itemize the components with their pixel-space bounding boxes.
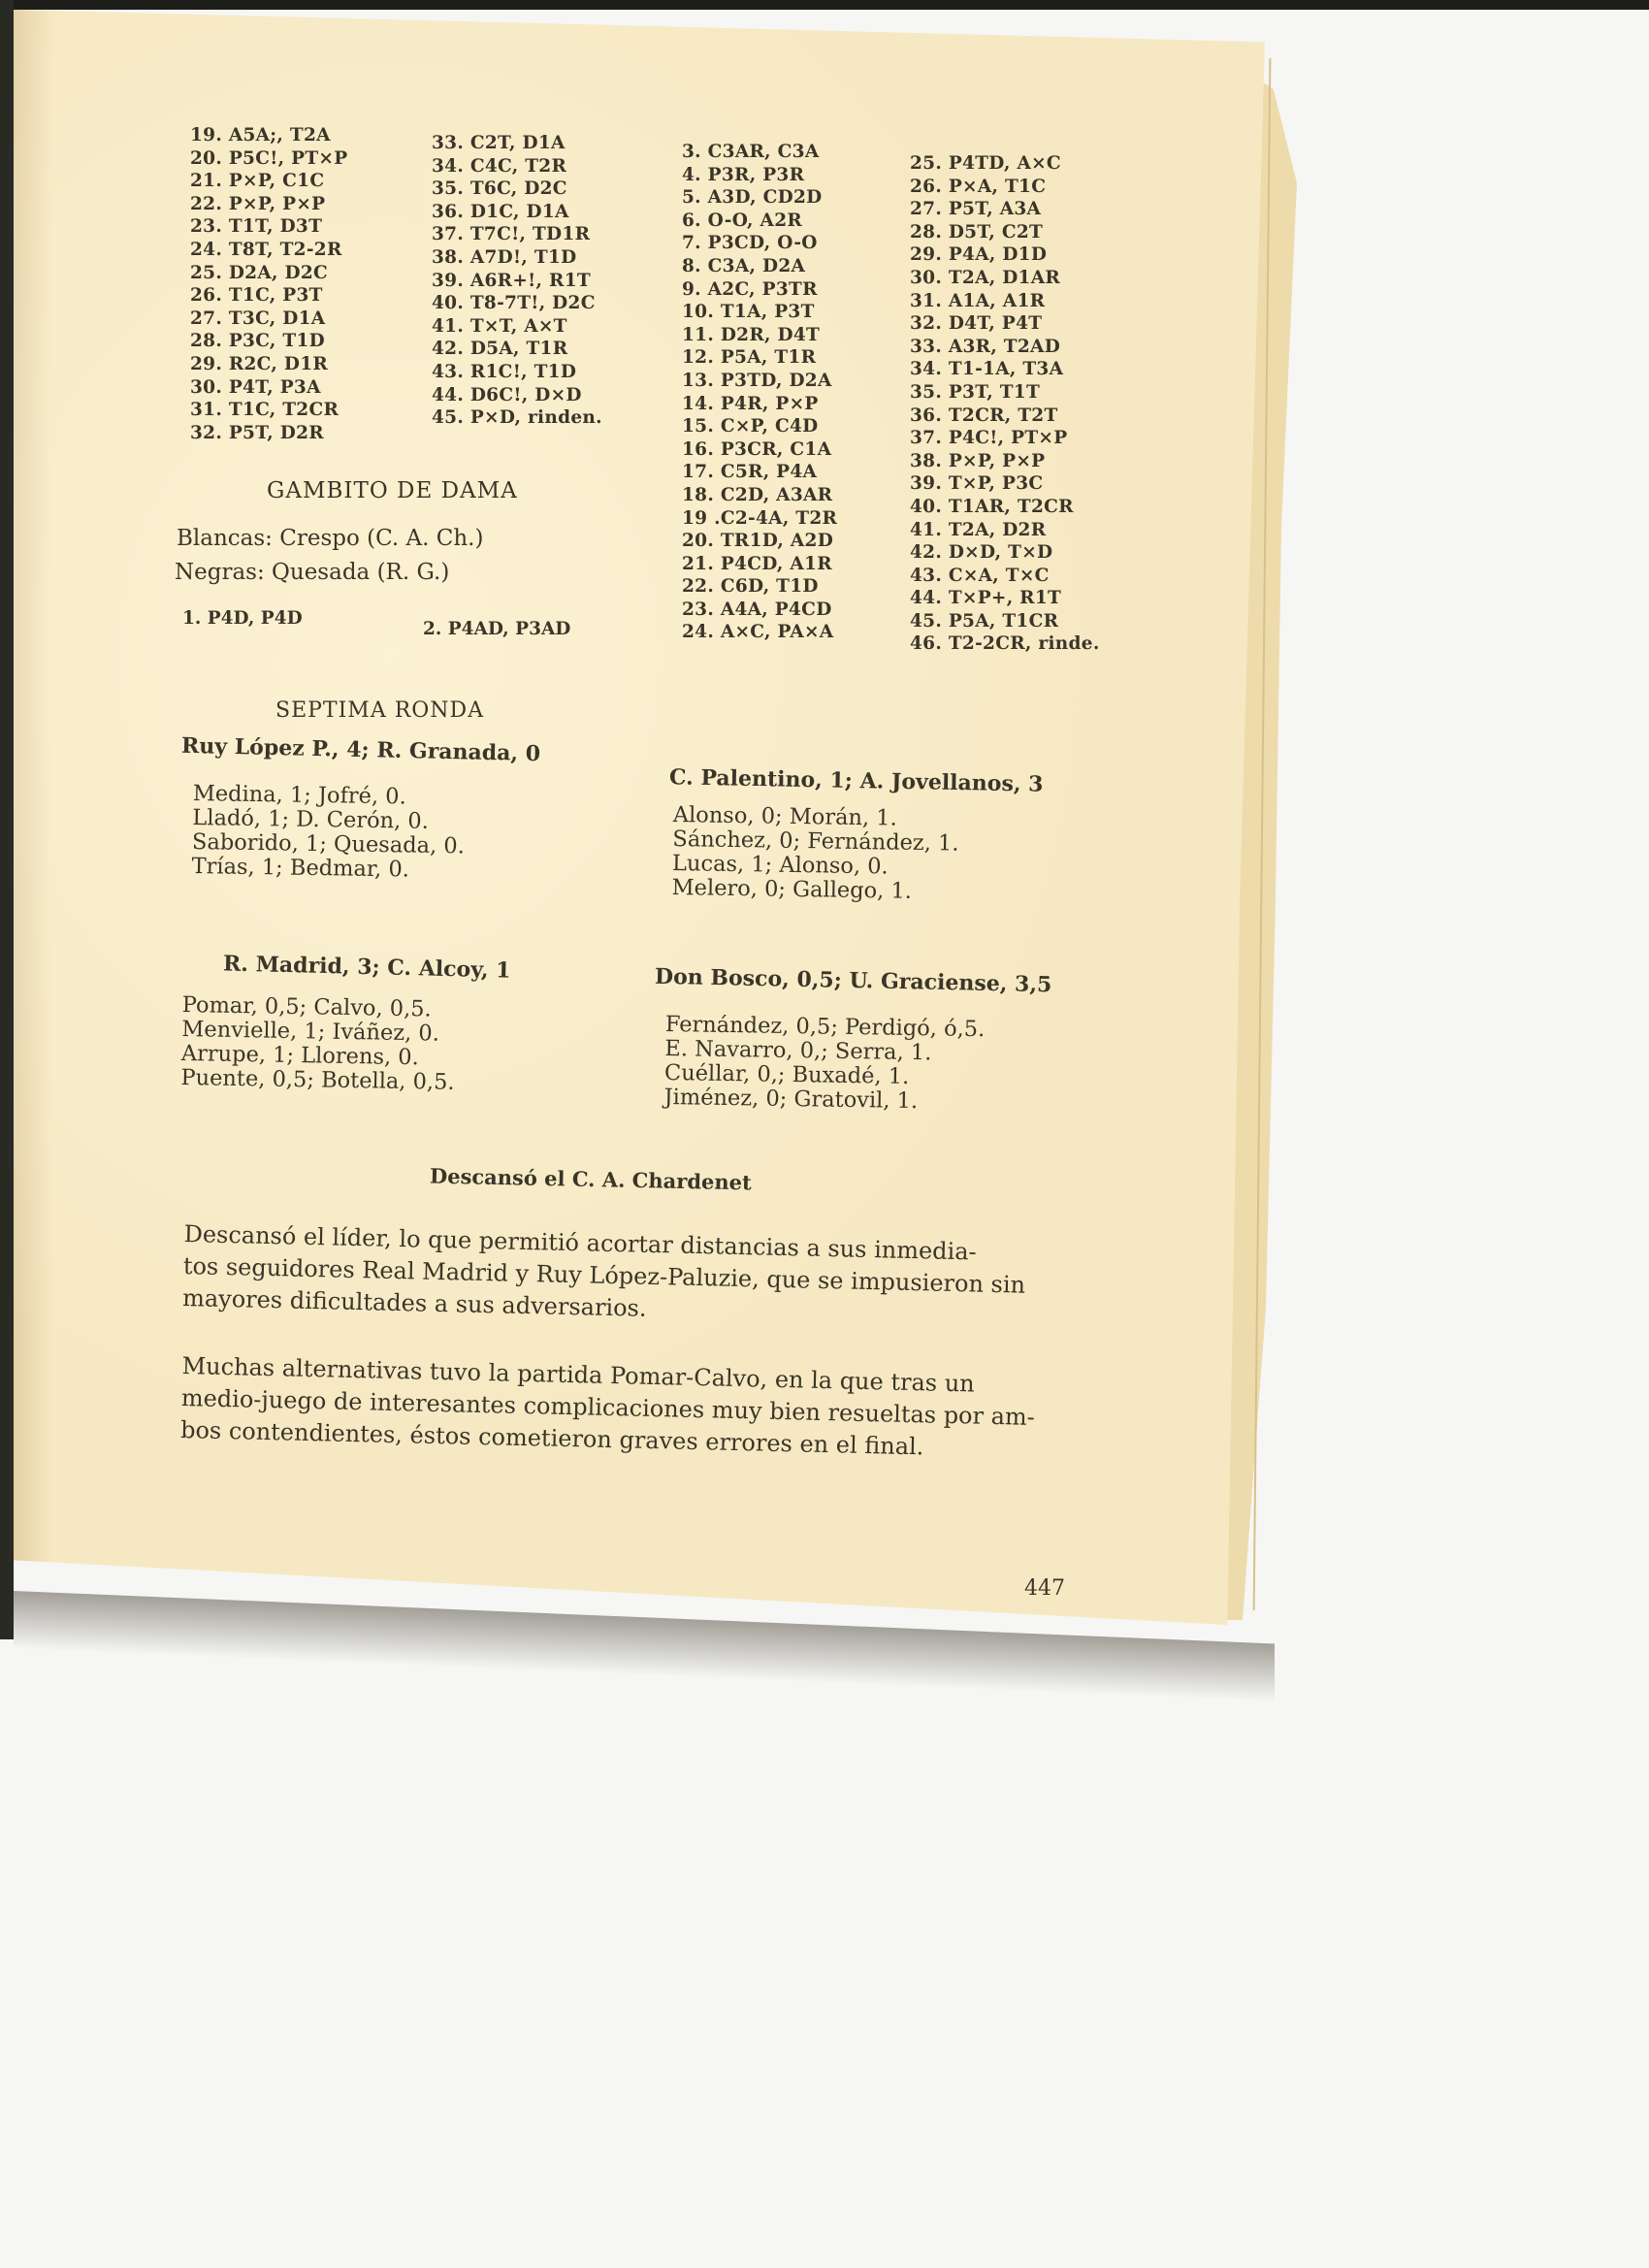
move-1: 1. P4D, P4D bbox=[182, 608, 303, 629]
move-line: 31. A1A, A1R bbox=[910, 290, 1100, 313]
move-line: 23. A4A, P4CD bbox=[682, 599, 837, 622]
move-line: 25. P4TD, A×C bbox=[910, 152, 1100, 176]
move-line: 39. A6R+!, R1T bbox=[432, 270, 602, 293]
bleed-through-text bbox=[1106, 206, 1112, 229]
move-line: 22. C6D, T1D bbox=[682, 575, 837, 599]
board-result: Puente, 0,5; Botella, 0,5. bbox=[180, 1066, 455, 1095]
move-line: 5. A3D, CD2D bbox=[682, 186, 837, 210]
move-line: 24. A×C, PA×A bbox=[682, 621, 837, 644]
move-line: 27. P5T, A3A bbox=[910, 198, 1100, 221]
move-line: 42. D5A, T1R bbox=[432, 338, 602, 361]
move-line: 21. P×P, C1C bbox=[190, 170, 347, 193]
move-line: 36. D1C, D1A bbox=[432, 201, 602, 224]
move-line: 24. T8T, T2-2R bbox=[190, 239, 347, 262]
move-line: 43. C×A, T×C bbox=[910, 565, 1100, 588]
move-line: 3. C3AR, C3A bbox=[682, 141, 837, 164]
move-line: 28. P3C, T1D bbox=[190, 330, 347, 353]
move-line: 23. T1T, D3T bbox=[190, 215, 347, 239]
board-result: Jiménez, 0; Gratovil, 1. bbox=[663, 1085, 984, 1115]
commentary-paragraph-2: Muchas alternativas tuvo la partida Poma… bbox=[180, 1350, 1036, 1466]
move-line: 31. T1C, T2CR bbox=[190, 399, 347, 422]
move-line: 28. D5T, C2T bbox=[910, 221, 1100, 244]
move-line: 43. R1C!, T1D bbox=[432, 361, 602, 384]
move-line: 35. P3T, T1T bbox=[910, 381, 1100, 405]
move-line: 40. T8-7T!, D2C bbox=[432, 292, 602, 315]
move-line: 26. P×A, T1C bbox=[910, 176, 1100, 199]
match-results: Fernández, 0,5; Perdigó, ó,5.E. Navarro,… bbox=[663, 1013, 985, 1115]
move-line: 34. C4C, T2R bbox=[432, 155, 602, 178]
move-line: 32. D4T, P4T bbox=[910, 312, 1100, 336]
move-line: 7. P3CD, O-O bbox=[682, 232, 837, 255]
move-line: 27. T3C, D1A bbox=[190, 308, 347, 331]
move-line: 41. T2A, D2R bbox=[910, 519, 1100, 542]
white-player: Blancas: Crespo (C. A. Ch.) bbox=[177, 526, 483, 551]
move-line: 8. C3A, D2A bbox=[682, 255, 837, 278]
move-line: 38. A7D!, T1D bbox=[432, 246, 602, 270]
move-line: 25. D2A, D2C bbox=[190, 262, 347, 285]
move-line: 20. P5C!, PT×P bbox=[190, 147, 347, 171]
black-player: Negras: Quesada (R. G.) bbox=[175, 560, 449, 585]
move-line: 9. A2C, P3TR bbox=[682, 278, 837, 302]
move-line: 26. T1C, P3T bbox=[190, 284, 347, 308]
move-line: 38. P×P, P×P bbox=[910, 450, 1100, 473]
move-line: 12. P5A, T1R bbox=[682, 346, 837, 370]
move-line: 19. A5A;, T2A bbox=[190, 124, 347, 147]
scanner-edge-top bbox=[0, 0, 1649, 10]
move-line: 36. T2CR, T2T bbox=[910, 405, 1100, 428]
move-line: 35. T6C, D2C bbox=[432, 178, 602, 201]
move-line: 16. P3CR, C1A bbox=[682, 438, 837, 462]
move-line: 32. P5T, D2R bbox=[190, 422, 347, 445]
move-line: 17. C5R, P4A bbox=[682, 461, 837, 484]
move-line: 15. C×P, C4D bbox=[682, 415, 837, 438]
move-line: 13. P3TD, D2A bbox=[682, 370, 837, 393]
move-line: 10. T1A, P3T bbox=[682, 301, 837, 324]
board-result: Melero, 0; Gallego, 1. bbox=[671, 876, 957, 905]
move-line: 20. TR1D, A2D bbox=[682, 530, 837, 553]
commentary-paragraph-1: Descansó el líder, lo que permitió acort… bbox=[182, 1218, 1026, 1334]
scanner-edge-left bbox=[0, 0, 14, 1639]
move-line: 33. A3R, T2AD bbox=[910, 336, 1100, 359]
move-line: 44. D6C!, D×D bbox=[432, 384, 602, 407]
move-line: 6. O-O, A2R bbox=[682, 210, 837, 233]
move-line: 21. P4CD, A1R bbox=[682, 553, 837, 576]
move-line: 37. T7C!, TD1R bbox=[432, 223, 602, 246]
match-results: Pomar, 0,5; Calvo, 0,5.Menvielle, 1; Ivá… bbox=[180, 993, 456, 1095]
moves-column-3: 3. C3AR, C3A4. P3R, P3R5. A3D, CD2D6. O-… bbox=[682, 141, 837, 644]
match-results: Medina, 1; Jofré, 0.Lladó, 1; D. Cerón, … bbox=[191, 782, 465, 883]
move-line: 30. P4T, P3A bbox=[190, 376, 347, 400]
move-line: 37. P4C!, PT×P bbox=[910, 427, 1100, 450]
move-line: 4. P3R, P3R bbox=[682, 164, 837, 187]
move-line: 39. T×P, P3C bbox=[910, 472, 1100, 496]
move-line: 40. T1AR, T2CR bbox=[910, 496, 1100, 519]
move-line: 29. R2C, D1R bbox=[190, 353, 347, 376]
moves-column-4: 25. P4TD, A×C26. P×A, T1C27. P5T, A3A28.… bbox=[910, 152, 1100, 656]
move-line: 14. P4R, P×P bbox=[682, 393, 837, 416]
move-line: 29. P4A, D1D bbox=[910, 243, 1100, 267]
move-2: 2. P4AD, P3AD bbox=[423, 619, 570, 639]
page-number: 447 bbox=[1024, 1576, 1065, 1601]
move-line: 42. D×D, T×D bbox=[910, 541, 1100, 565]
move-line: 30. T2A, D1AR bbox=[910, 267, 1100, 290]
opening-title: GAMBITO DE DAMA bbox=[267, 478, 518, 503]
move-line: 22. P×P, P×P bbox=[190, 193, 347, 216]
moves-column-1: 19. A5A;, T2A20. P5C!, PT×P21. P×P, C1C2… bbox=[190, 124, 347, 444]
match-results: Alonso, 0; Morán, 1.Sánchez, 0; Fernánde… bbox=[671, 803, 959, 905]
move-line: 45. P×D, rinden. bbox=[432, 406, 602, 430]
move-line: 44. T×P+, R1T bbox=[910, 587, 1100, 610]
move-line: 19 .C2-4A, T2R bbox=[682, 507, 837, 531]
move-line: 33. C2T, D1A bbox=[432, 132, 602, 155]
move-line: 46. T2-2CR, rinde. bbox=[910, 632, 1100, 656]
move-line: 45. P5A, T1CR bbox=[910, 610, 1100, 633]
moves-column-2: 33. C2T, D1A34. C4C, T2R35. T6C, D2C36. … bbox=[432, 132, 602, 430]
move-line: 34. T1-1A, T3A bbox=[910, 358, 1100, 381]
board-result: Trías, 1; Bedmar, 0. bbox=[191, 855, 464, 883]
move-line: 11. D2R, D4T bbox=[682, 324, 837, 347]
round-title: SEPTIMA RONDA bbox=[275, 698, 484, 723]
move-line: 18. C2D, A3AR bbox=[682, 484, 837, 507]
move-line: 41. T×T, A×T bbox=[432, 315, 602, 339]
